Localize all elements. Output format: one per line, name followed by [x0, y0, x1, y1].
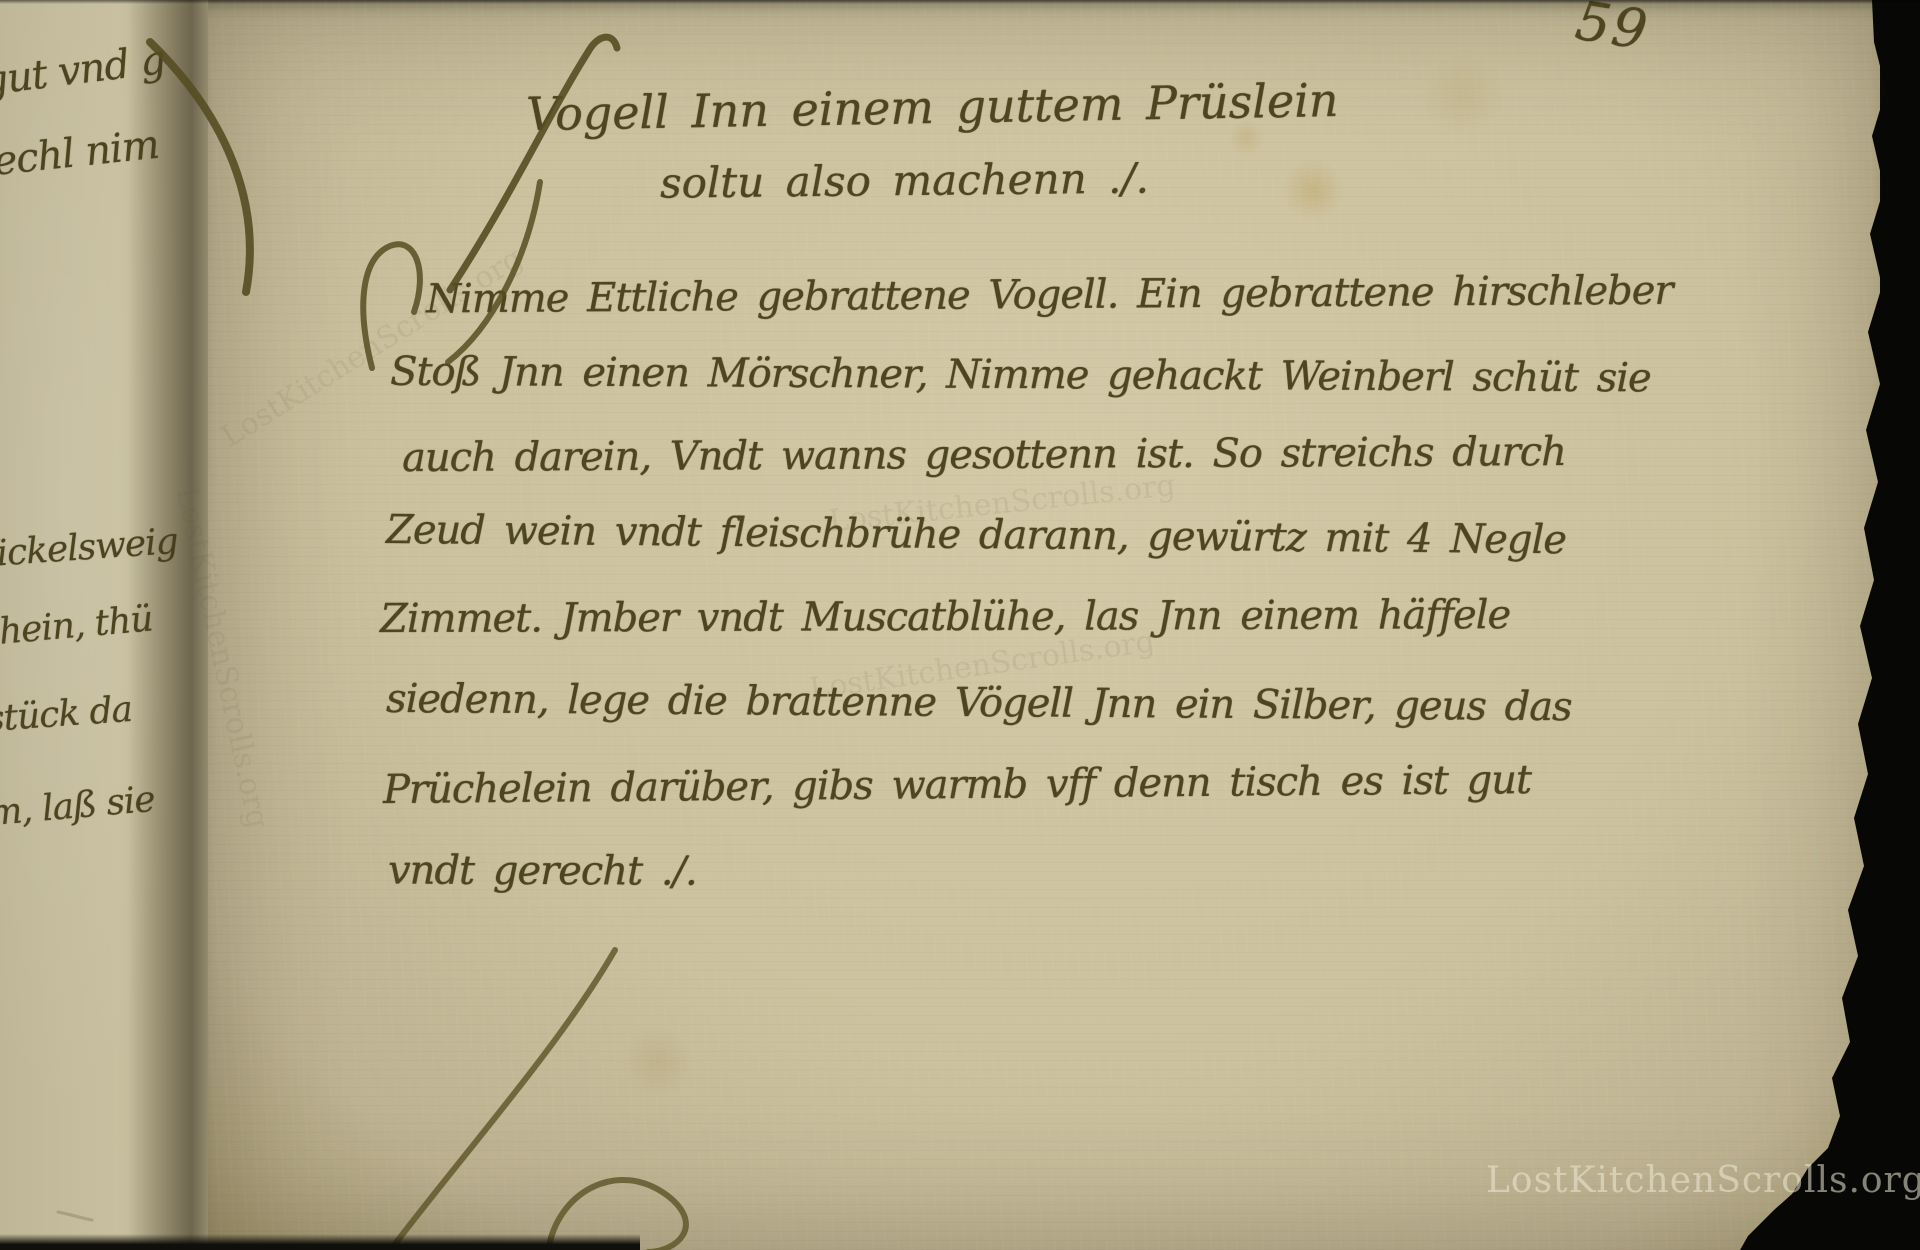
manuscript-photo: gut vnd g wechl nim Vickelsweig khein, t… [0, 0, 1920, 1250]
page-number: 59 [1572, 0, 1654, 62]
manuscript-line: Nimme Ettliche gebrattene Vogell. Ein ge… [426, 268, 1673, 323]
manuscript-line: Zeud wein vndt fleischbrühe darann, gewü… [386, 507, 1566, 563]
title-line-2: soltu also machenn ./. [660, 153, 1149, 207]
manuscript-line: siedenn, lege die brattenne Vögell Jnn e… [386, 676, 1572, 730]
manuscript-line: Zimmet. Jmber vndt Muscatblühe, las Jnn … [380, 592, 1510, 642]
marginal-text-fragment: stück da [0, 689, 133, 740]
bottom-black-edge [0, 1234, 640, 1250]
manuscript-line: Prüchelein darüber, gibs warmb vff denn … [383, 757, 1531, 813]
top-black-edge [0, 0, 1920, 4]
title-line-1: Vogell Inn einem guttem Prüslein [526, 73, 1339, 141]
manuscript-line: auch darein, Vndt wanns gesottenn ist. S… [402, 429, 1566, 481]
watermark-faint: LostKitchenScrolls.org [215, 240, 529, 454]
manuscript-page: 59 Vogell Inn einem guttem Prüslein solt… [208, 0, 1880, 1250]
manuscript-line: Stoß Jnn einen Mörschner, Nimme gehackt … [390, 349, 1651, 402]
manuscript-line: vndt gerecht ./. [388, 847, 697, 894]
watermark-bottom-right: LostKitchenScrolls.org [1486, 1160, 1920, 1201]
